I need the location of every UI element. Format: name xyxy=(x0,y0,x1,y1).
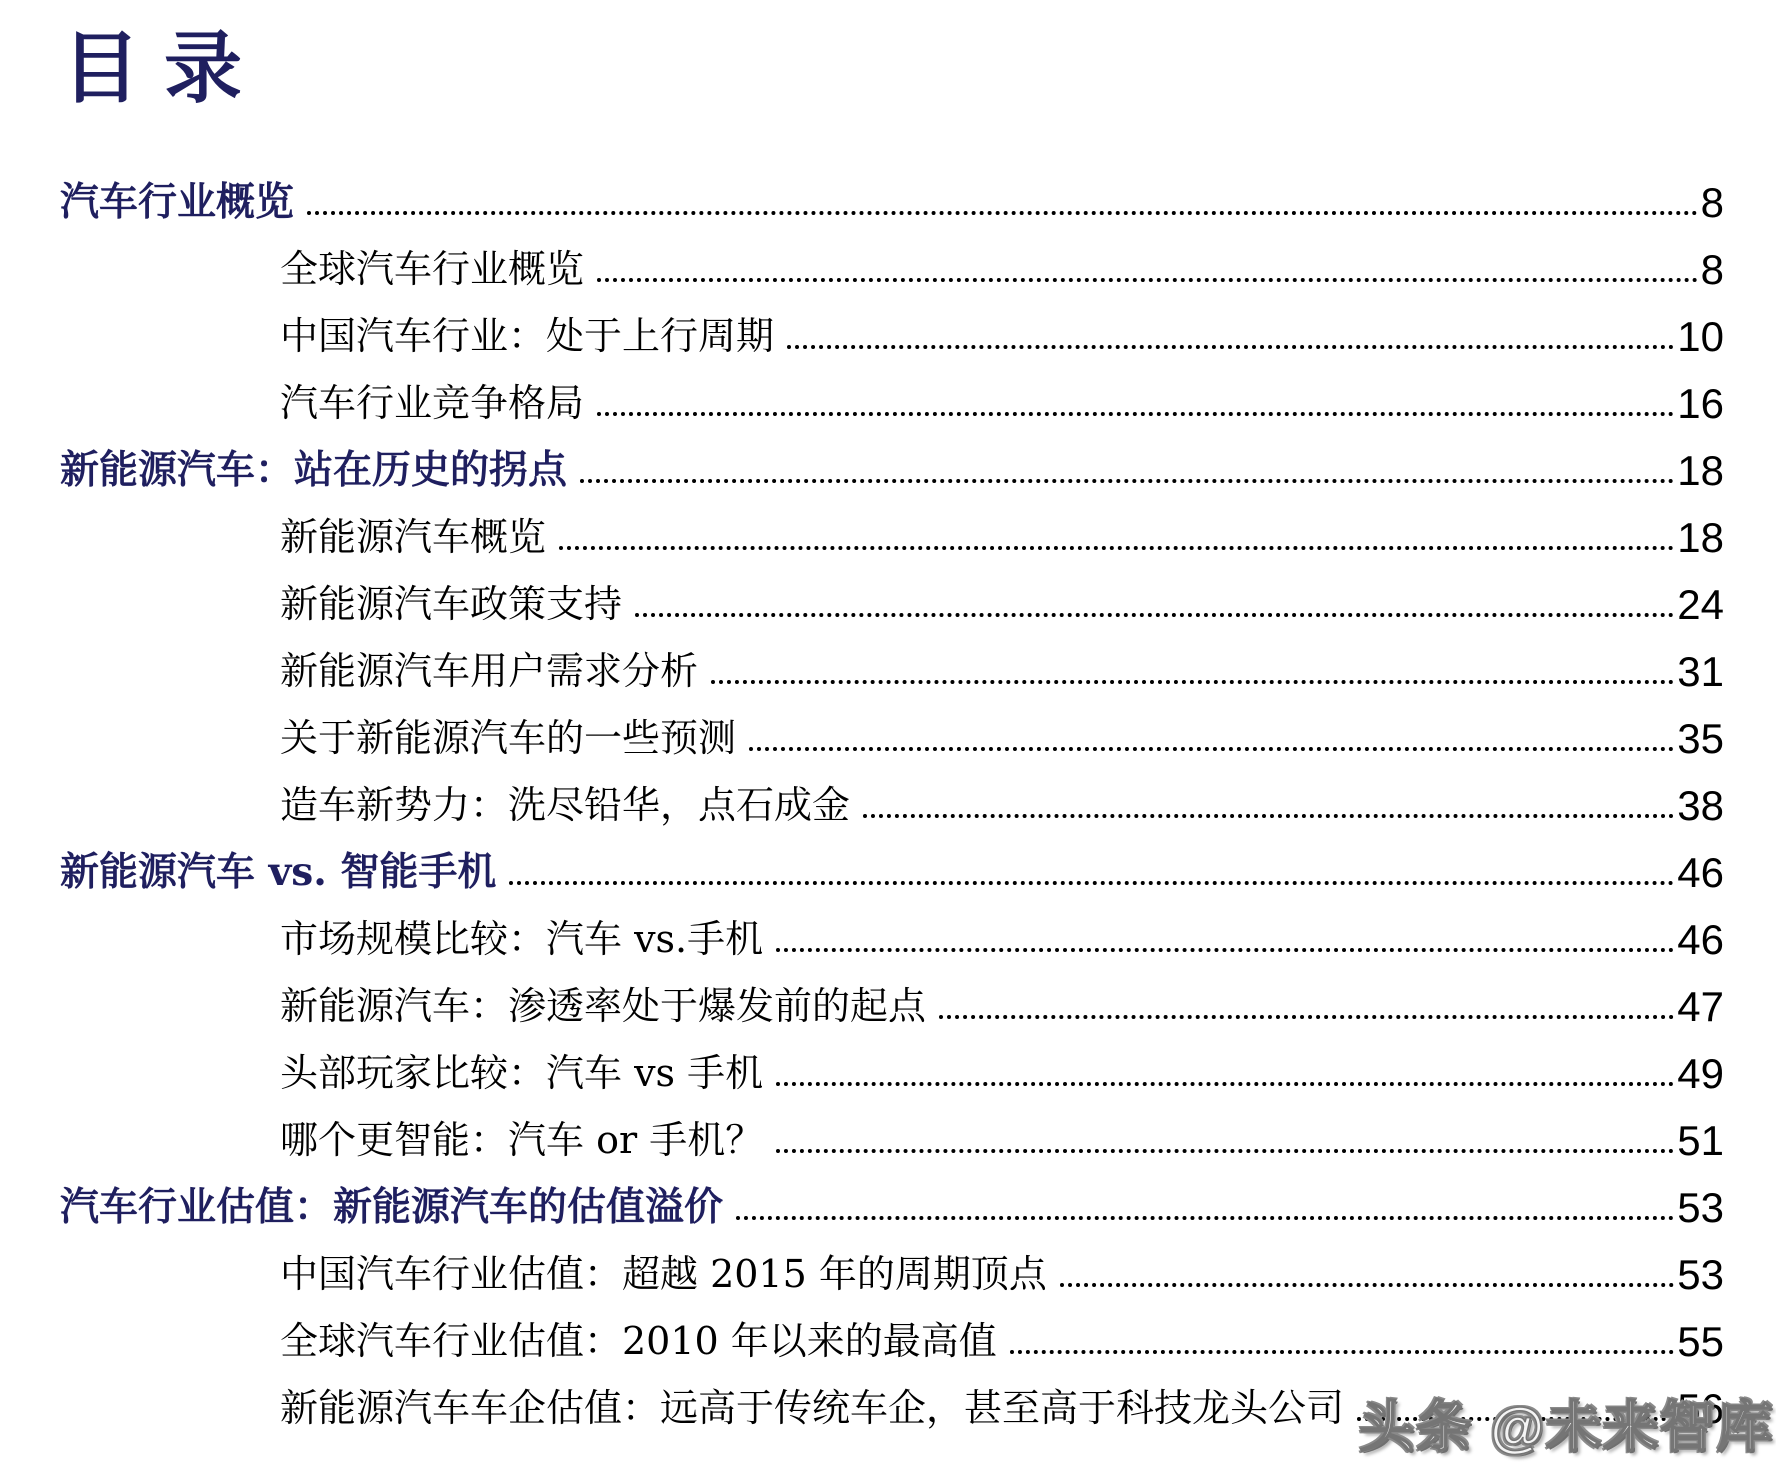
toc-entry-label: 新能源汽车：渗透率处于爆发前的起点 xyxy=(280,984,926,1029)
toc-entry[interactable]: 新能源汽车用户需求分析 31 xyxy=(60,627,1724,694)
toc-entry-page: 38 xyxy=(1677,785,1724,828)
toc-entry-label: 中国汽车行业：处于上行周期 xyxy=(280,314,774,359)
toc-entry-label: 新能源汽车 vs. 智能手机 xyxy=(60,849,496,895)
dotted-leader xyxy=(635,613,1674,617)
page-title: 目录 xyxy=(62,26,1776,112)
toc-entry[interactable]: 关于新能源汽车的一些预测 35 xyxy=(60,694,1724,761)
toc-entry-page: 46 xyxy=(1677,852,1724,895)
dotted-leader xyxy=(776,1149,1674,1153)
toc-entry-label: 全球汽车行业概览 xyxy=(280,247,584,292)
toc-entry[interactable]: 汽车行业估值：新能源汽车的估值溢价 53 xyxy=(60,1163,1724,1230)
toc-entry-label: 头部玩家比较：汽车 vs 手机 xyxy=(280,1051,763,1096)
toc-entry-label: 市场规模比较：汽车 vs.手机 xyxy=(280,917,763,962)
toc-entry-page: 49 xyxy=(1677,1053,1724,1096)
toc-list: 汽车行业概览 8 全球汽车行业概览 8 中国汽车行业：处于上行周期 10 汽车行… xyxy=(60,158,1724,1431)
dotted-leader xyxy=(597,278,1698,282)
dotted-leader xyxy=(559,546,1674,550)
toc-entry-page: 18 xyxy=(1677,450,1724,493)
toc-entry-page: 8 xyxy=(1701,182,1724,225)
toc-entry-label: 中国汽车行业估值：超越 2015 年的周期顶点 xyxy=(280,1252,1047,1297)
toc-entry-label: 新能源汽车车企估值：远高于传统车企，甚至高于科技龙头公司 xyxy=(280,1386,1344,1431)
toc-entry-label: 造车新势力：洗尽铅华，点石成金 xyxy=(280,783,850,828)
dotted-leader xyxy=(580,479,1674,483)
dotted-leader xyxy=(736,1216,1674,1220)
toc-entry[interactable]: 哪个更智能：汽车 or 手机？ 51 xyxy=(60,1096,1724,1163)
toc-entry-label: 新能源汽车用户需求分析 xyxy=(280,649,698,694)
dotted-leader xyxy=(939,1015,1674,1019)
toc-entry-label: 汽车行业竞争格局 xyxy=(280,381,584,426)
toc-entry[interactable]: 新能源汽车政策支持 24 xyxy=(60,560,1724,627)
toc-entry-page: 51 xyxy=(1677,1120,1724,1163)
toc-entry[interactable]: 新能源汽车：渗透率处于爆发前的起点 47 xyxy=(60,962,1724,1029)
toc-entry-label: 关于新能源汽车的一些预测 xyxy=(280,716,736,761)
dotted-leader xyxy=(863,814,1674,818)
toc-entry[interactable]: 全球汽车行业概览 8 xyxy=(60,225,1724,292)
toc-entry-page: 18 xyxy=(1677,517,1724,560)
toc-entry-page: 46 xyxy=(1677,919,1724,962)
toc-entry-page: 47 xyxy=(1677,986,1724,1029)
dotted-leader xyxy=(1060,1283,1674,1287)
toc-entry-page: 53 xyxy=(1677,1254,1724,1297)
watermark: 头条 @未来智库 xyxy=(1359,1383,1774,1462)
dotted-leader xyxy=(1010,1350,1674,1354)
dotted-leader xyxy=(776,1082,1674,1086)
toc-entry-page: 24 xyxy=(1677,584,1724,627)
toc-entry[interactable]: 新能源汽车概览 18 xyxy=(60,493,1724,560)
toc-entry-label: 全球汽车行业估值：2010 年以来的最高值 xyxy=(280,1319,997,1364)
toc-entry-page: 10 xyxy=(1677,316,1724,359)
toc-entry-label: 新能源汽车：站在历史的拐点 xyxy=(60,447,567,493)
dotted-leader xyxy=(776,948,1674,952)
toc-entry[interactable]: 头部玩家比较：汽车 vs 手机 49 xyxy=(60,1029,1724,1096)
toc-entry[interactable]: 汽车行业概览 8 xyxy=(60,158,1724,225)
toc-entry-page: 16 xyxy=(1677,383,1724,426)
toc-entry-label: 汽车行业估值：新能源汽车的估值溢价 xyxy=(60,1184,723,1230)
toc-entry[interactable]: 新能源汽车 vs. 智能手机 46 xyxy=(60,828,1724,895)
toc-entry-page: 31 xyxy=(1677,651,1724,694)
toc-entry-label: 哪个更智能：汽车 or 手机？ xyxy=(280,1118,763,1163)
toc-entry-page: 53 xyxy=(1677,1187,1724,1230)
toc-entry[interactable]: 市场规模比较：汽车 vs.手机 46 xyxy=(60,895,1724,962)
toc-entry[interactable]: 中国汽车行业：处于上行周期 10 xyxy=(60,292,1724,359)
toc-entry[interactable]: 汽车行业竞争格局 16 xyxy=(60,359,1724,426)
toc-entry-page: 8 xyxy=(1701,249,1724,292)
toc-entry[interactable]: 造车新势力：洗尽铅华，点石成金 38 xyxy=(60,761,1724,828)
dotted-leader xyxy=(787,345,1674,349)
dotted-leader xyxy=(749,747,1674,751)
toc-entry-label: 新能源汽车概览 xyxy=(280,515,546,560)
toc-entry[interactable]: 中国汽车行业估值：超越 2015 年的周期顶点 53 xyxy=(60,1230,1724,1297)
toc-entry-page: 35 xyxy=(1677,718,1724,761)
toc-entry[interactable]: 新能源汽车：站在历史的拐点 18 xyxy=(60,426,1724,493)
dotted-leader xyxy=(307,211,1698,215)
dotted-leader xyxy=(597,412,1674,416)
toc-entry-label: 汽车行业概览 xyxy=(60,179,294,225)
toc-entry[interactable]: 全球汽车行业估值：2010 年以来的最高值 55 xyxy=(60,1297,1724,1364)
toc-entry-label: 新能源汽车政策支持 xyxy=(280,582,622,627)
dotted-leader xyxy=(711,680,1674,684)
dotted-leader xyxy=(509,881,1674,885)
toc-entry-page: 55 xyxy=(1677,1321,1724,1364)
